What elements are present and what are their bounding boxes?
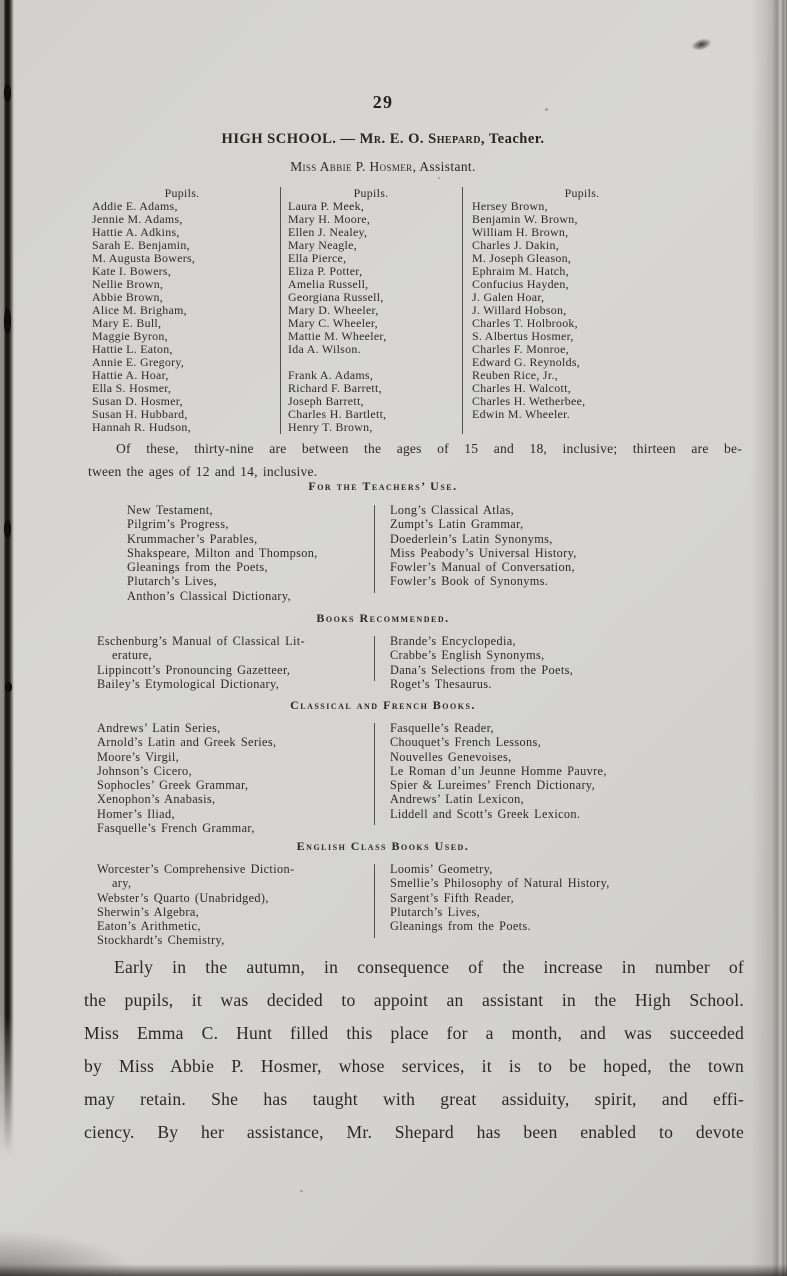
section-heading-classical-french: Classical and French Books. — [88, 698, 678, 713]
book-title: Arnold’s Latin and Greek Series, — [97, 735, 374, 749]
page-number: 29 — [88, 92, 678, 113]
scan-edge-blot — [4, 520, 11, 538]
book-title: Andrews’ Latin Series, — [97, 721, 374, 735]
book-title: Sherwin’s Algebra, — [97, 905, 374, 919]
section-classical-french: Andrews’ Latin Series,Arnold’s Latin and… — [88, 721, 700, 835]
book-title: Johnson’s Cicero, — [97, 764, 374, 778]
book-title: Eschenburg’s Manual of Classical Lit- er… — [97, 634, 374, 663]
book-title: Fowler’s Manual of Conversation, — [390, 560, 700, 574]
paragraph-line: by Miss Abbie P. Hosmer, whose services,… — [84, 1050, 744, 1083]
book-title: Gleanings from the Poets, — [127, 560, 374, 574]
book-title: Le Roman d’un Jeunne Homme Pauvre, — [390, 764, 700, 778]
teacher-name: Mr. E. O. Shepard, — [360, 131, 485, 147]
book-title: Gleanings from the Poets. — [390, 919, 700, 933]
book-title: Brande’s Encyclopedia, — [390, 634, 700, 648]
section-teachers-use: New Testament,Pilgrim’s Progress,Krummac… — [88, 503, 700, 603]
assistant-heading: Miss Abbie P. Hosmer, Assistant. — [88, 159, 678, 175]
book-title: Webster’s Quarto (Unabridged), — [97, 891, 374, 905]
book-title: Plutarch’s Lives, — [390, 905, 700, 919]
book-title: Fowler’s Book of Synonyms. — [390, 574, 700, 588]
section-heading-recommended: Books Recommended. — [88, 611, 678, 626]
book-list-right: Loomis’ Geometry,Smellie’s Philosophy of… — [375, 862, 700, 948]
pupils-column-1: Pupils. Addie E. Adams,Jennie M. Adams,H… — [88, 187, 280, 434]
scan-edge-blot — [4, 84, 11, 102]
scan-edge-blot — [5, 682, 12, 692]
paragraph-line: Early in the autumn, in consequence of t… — [84, 951, 744, 984]
book-list-right: Brande’s Encyclopedia,Crabbe’s English S… — [375, 634, 700, 691]
book-title: Zumpt’s Latin Grammar, — [390, 517, 700, 531]
paragraph-line: Miss Emma C. Hunt filled this place for … — [84, 1017, 744, 1050]
book-title: Chouquet’s French Lessons, — [390, 735, 700, 749]
book-title: Moore’s Virgil, — [97, 750, 374, 764]
book-title: Fasquelle’s French Grammar, — [97, 821, 374, 835]
book-title: Krummacher’s Parables, — [127, 532, 374, 546]
book-title: Plutarch’s Lives, — [127, 574, 374, 588]
pupils-column-3: Pupils. Hersey Brown,Benjamin W. Brown,W… — [463, 187, 700, 434]
book-list-right: Fasquelle’s Reader,Chouquet’s French Les… — [375, 721, 700, 835]
book-title: Miss Peabody’s Universal History, — [390, 546, 700, 560]
book-title: Liddell and Scott’s Greek Lexicon. — [390, 807, 700, 821]
book-list-left: Eschenburg’s Manual of Classical Lit- er… — [88, 634, 374, 691]
section-heading-teachers-use: For the Teachers’ Use. — [88, 479, 678, 494]
book-title: Dana’s Selections from the Poets, — [390, 663, 700, 677]
paragraph-line: may retain. She has taught with great as… — [84, 1083, 744, 1116]
school-heading-caps: HIGH SCHOOL. — — [222, 131, 360, 147]
book-title: Pilgrim’s Progress, — [127, 517, 374, 531]
book-title: Roget’s Thesaurus. — [390, 677, 700, 691]
pupils-roster: Pupils. Addie E. Adams,Jennie M. Adams,H… — [88, 187, 700, 434]
book-title: Stockhardt’s Chemistry, — [97, 933, 374, 947]
scan-edge-blot — [4, 308, 11, 334]
book-title: Doederlein’s Latin Synonyms, — [390, 532, 700, 546]
book-title: Andrews’ Latin Lexicon, — [390, 792, 700, 806]
book-title: New Testament, — [127, 503, 374, 517]
book-title: Crabbe’s English Synonyms, — [390, 648, 700, 662]
book-title: Nouvelles Genevoises, — [390, 750, 700, 764]
paper-speck — [300, 1190, 303, 1192]
assistant-name: Miss Abbie P. Hosmer, — [290, 159, 416, 174]
paragraph-line: the pupils, it was decided to appoint an… — [84, 984, 744, 1017]
section-heading-english-class: English Class Books Used. — [88, 839, 678, 854]
pupil-name: Edwin M. Wheeler. — [472, 408, 700, 421]
book-title: Long’s Classical Atlas, — [390, 503, 700, 517]
book-title: Bailey’s Etymological Dictionary, — [97, 677, 374, 691]
book-title: Lippincott’s Pronouncing Gazetteer, — [97, 663, 374, 677]
book-title: Xenophon’s Anabasis, — [97, 792, 374, 806]
pupils-column-2: Pupils. Laura P. Meek,Mary H. Moore,Elle… — [281, 187, 462, 434]
book-title: Fasquelle’s Reader, — [390, 721, 700, 735]
ages-note-line: Of these, thirty-nine are between the ag… — [88, 438, 742, 461]
scan-right-edge — [751, 0, 787, 1276]
book-title: Smellie’s Philosophy of Natural History, — [390, 876, 700, 890]
closing-paragraph: Early in the autumn, in consequence of t… — [84, 951, 744, 1149]
book-title: Homer’s Iliad, — [97, 807, 374, 821]
section-recommended: Eschenburg’s Manual of Classical Lit- er… — [88, 634, 700, 691]
assistant-title: Assistant. — [416, 159, 475, 174]
book-title: Spier & Lureimes’ French Dictionary, — [390, 778, 700, 792]
paragraph-line: ciency. By her assistance, Mr. Shepard h… — [84, 1116, 744, 1149]
ages-note: Of these, thirty-nine are between the ag… — [88, 438, 742, 483]
scan-left-edge — [0, 0, 14, 1155]
book-title: Worcester’s Comprehensive Diction- ary, — [97, 862, 374, 891]
book-title: Sophocles’ Greek Grammar, — [97, 778, 374, 792]
book-list-right: Long’s Classical Atlas,Zumpt’s Latin Gra… — [375, 503, 700, 603]
book-title: Loomis’ Geometry, — [390, 862, 700, 876]
pupil-name: Henry T. Brown, — [288, 421, 462, 434]
book-list-left: Worcester’s Comprehensive Diction- ary,W… — [88, 862, 374, 948]
book-title: Shakspeare, Milton and Thompson, — [127, 546, 374, 560]
scan-corner-shadow — [0, 1230, 140, 1276]
book-list-left: New Testament,Pilgrim’s Progress,Krummac… — [88, 503, 374, 603]
book-list-left: Andrews’ Latin Series,Arnold’s Latin and… — [88, 721, 374, 835]
paper-speck — [438, 177, 440, 179]
book-title: Sargent’s Fifth Reader, — [390, 891, 700, 905]
scanned-page: 29 HIGH SCHOOL. — Mr. E. O. Shepard, Tea… — [0, 0, 787, 1276]
section-english-class: Worcester’s Comprehensive Diction- ary,W… — [88, 862, 700, 948]
teacher-title: Teacher. — [485, 131, 544, 147]
book-title: Eaton’s Arithmetic, — [97, 919, 374, 933]
ink-smudge — [690, 36, 713, 52]
school-heading: HIGH SCHOOL. — Mr. E. O. Shepard, Teache… — [88, 131, 678, 148]
pupil-name: Ida A. Wilson. — [288, 343, 462, 356]
pupil-name: Hannah R. Hudson, — [92, 421, 280, 434]
book-title: Anthon’s Classical Dictionary, — [127, 589, 374, 603]
